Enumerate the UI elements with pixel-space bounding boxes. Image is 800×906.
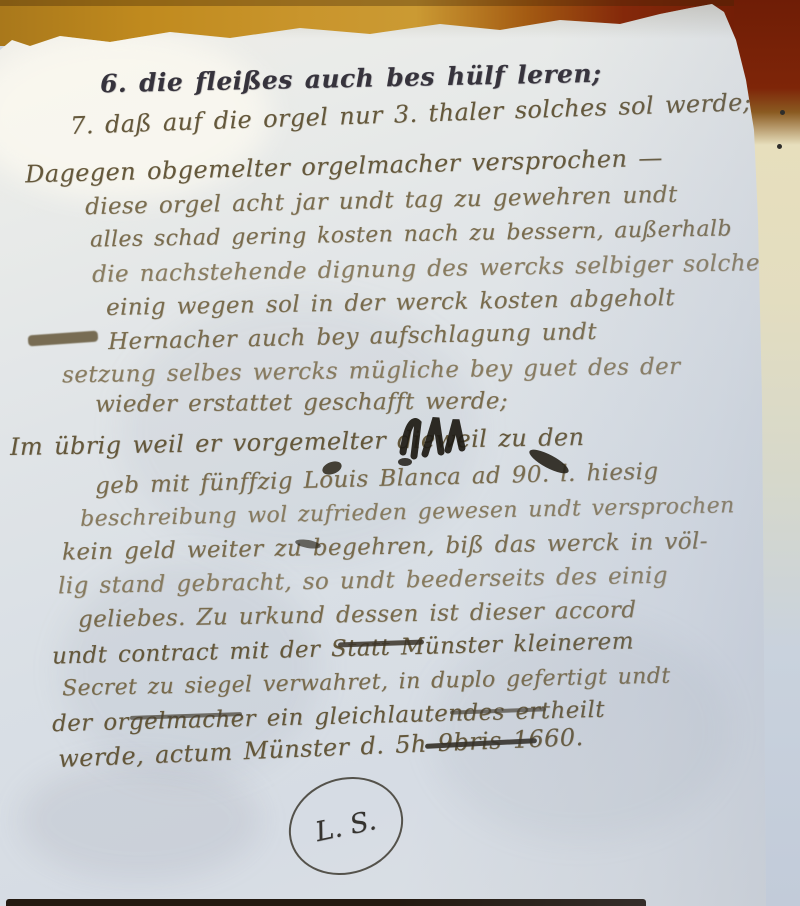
handwriting-line: diese orgel acht jar undt tag zu gewehre…	[85, 182, 678, 220]
handwriting-line: setzung selbes wercks mügliche bey guet …	[62, 354, 681, 389]
strikethrough-mark	[338, 640, 424, 648]
paper-stain	[20, 760, 260, 880]
handwriting-line: die nachstehende dignung des wercks selb…	[92, 250, 760, 288]
handwriting-line: Dagegen obgemelter orgelmacher versproch…	[25, 144, 663, 189]
shadow-edge-bottom	[6, 899, 646, 906]
paper-stain	[60, 560, 320, 780]
ink-blot	[393, 410, 483, 472]
strikethrough-mark	[28, 331, 99, 347]
paper-stain	[120, 300, 480, 560]
strikethrough-mark	[130, 712, 242, 720]
handwriting-line: geliebes. Zu urkund dessen ist dieser ac…	[78, 597, 637, 633]
handwriting-line: lig stand gebracht, so undt beederseits …	[58, 563, 668, 600]
strikethrough-mark	[450, 707, 546, 714]
ink-smear	[295, 538, 322, 550]
ink-smear	[321, 459, 344, 477]
seal-mark: L. S.	[313, 804, 379, 847]
handwriting-line: werde, actum Münster d. 5h 9bris 1660.	[58, 723, 584, 773]
handwriting-line: einig wegen sol in der werck kosten abge…	[106, 285, 675, 321]
ink-speck	[780, 110, 785, 115]
manuscript-photo: 6. die fleißes auch bes hülf leren; 7. d…	[0, 0, 800, 906]
manuscript-page: 6. die fleißes auch bes hülf leren; 7. d…	[0, 0, 800, 906]
handwriting-line: 6. die fleißes auch bes hülf leren;	[100, 59, 602, 98]
handwriting-line: Im übrig weil er vorgemelter dieweil zu …	[10, 423, 585, 461]
handwriting-line: beschreibung wol zufrieden gewesen undt …	[80, 493, 735, 532]
handwriting-line: Hernacher auch bey aufschlagung undt	[108, 319, 597, 355]
seal-oval: L. S.	[276, 762, 416, 889]
handwriting-line: 7. daß auf die orgel nur 3. thaler solch…	[70, 88, 752, 140]
ink-speck	[777, 144, 782, 149]
strikethrough-mark	[425, 738, 537, 749]
handwriting-line: Secret zu siegel verwahret, in duplo gef…	[62, 664, 671, 702]
handwriting-line: der orgelmacher ein gleichlautendes erth…	[52, 697, 605, 737]
paper-stain	[430, 620, 730, 840]
paper-stain	[0, 30, 270, 200]
handwriting-line: undt contract mit der Statt Münster klei…	[52, 628, 634, 669]
handwriting-line: wieder erstattet geschafft werde;	[95, 388, 508, 418]
handwriting-line: alles schad gering kosten nach zu besser…	[90, 216, 732, 252]
handwriting-line: geb mit fünffzig Louis Blanca ad 90. l. …	[95, 459, 659, 500]
handwriting-line: kein geld weiter zu begehren, biß das we…	[62, 528, 708, 565]
ink-smear	[527, 445, 572, 477]
